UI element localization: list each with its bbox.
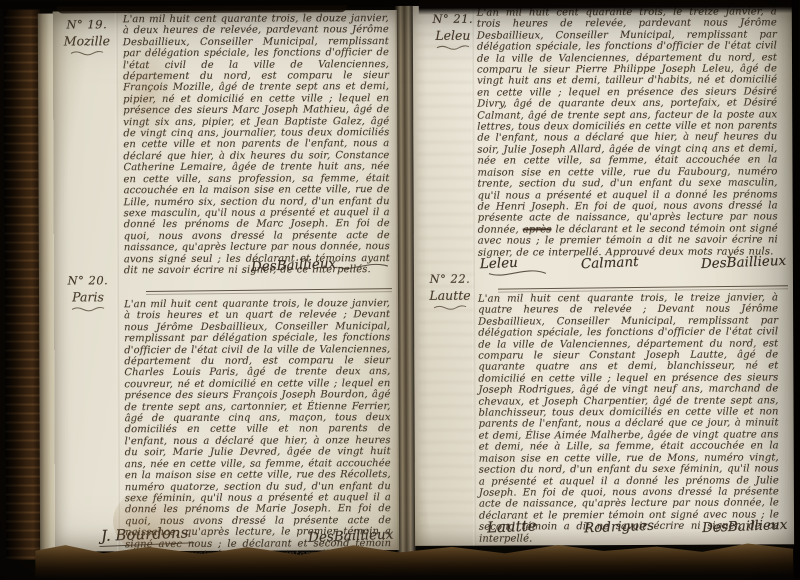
- signature-desbaillieux: DesBaillieux: [701, 517, 787, 536]
- margin-flourish-icon: [71, 305, 105, 313]
- signature-lautte: Lautte: [487, 517, 537, 537]
- book-right-edge: [792, 0, 800, 578]
- entry-20-marginalia: N° 20. Paris: [56, 273, 120, 313]
- signature-rodrigues: Rodrigues: [584, 518, 655, 537]
- entry-body-text: L'an mil huit cent quarante trois, le tr…: [478, 292, 779, 544]
- entry-number: N° 22.: [418, 272, 482, 286]
- book-top-shadow: [57, 5, 347, 13]
- signature-desbaillieux: DesBaillieux: [250, 256, 336, 275]
- right-page: N° 21. Leleu L'an mil huit cent quarante…: [413, 4, 795, 546]
- entry-separator-line: [498, 285, 788, 292]
- entry-margin-name: Lautte: [418, 288, 482, 303]
- signature-flourish-icon: [488, 265, 548, 279]
- entry-19-marginalia: N° 19. Mozille: [55, 17, 119, 57]
- entry-body-text: L'an mil huit cent quarante trois, le do…: [124, 298, 391, 562]
- register-book: N° 19. Mozille L'an mil huit cent quaran…: [0, 0, 800, 580]
- left-page: N° 19. Mozille L'an mil huit cent quaran…: [53, 10, 399, 551]
- entry-20-signature-row: J. Bourdons DesBaillieux: [99, 524, 393, 545]
- signature-bourdons: J. Bourdons: [99, 523, 195, 547]
- signature-desbaillieux: DesBaillieux: [308, 527, 394, 546]
- entry-21-signature-row: Leleu Calmant DesBaillieux: [480, 254, 786, 271]
- crossed-out-word: après: [523, 224, 552, 235]
- entry-body-text: L'an mil huit cent quarante trois, le tr…: [477, 6, 778, 258]
- margin-flourish-icon: [436, 44, 470, 52]
- margin-flourish-icon: [433, 304, 467, 312]
- entry-margin-name: Mozille: [55, 33, 119, 48]
- signature-flourish-icon: [338, 259, 390, 273]
- entry-number: N° 20.: [56, 273, 120, 287]
- signature-desbaillieux: DesBaillieux: [700, 253, 786, 272]
- entry-margin-name: Leleu: [421, 28, 485, 43]
- body-text-before-correction: L'an mil huit cent quarante trois, le tr…: [477, 6, 778, 235]
- entry-separator-line: [146, 288, 392, 295]
- margin-flourish-icon: [70, 49, 104, 57]
- book-cover-spine-edge: [4, 10, 42, 560]
- entry-number: N° 19.: [55, 17, 119, 31]
- entry-22-signature-row: Lautte Rodrigues DesBaillieux: [487, 516, 787, 535]
- entry-body-text: L'an mil huit cent quarante trois, le do…: [123, 13, 390, 277]
- entry-margin-name: Paris: [56, 289, 120, 304]
- entry-19-signature-row: DesBaillieux: [194, 257, 390, 274]
- signature-calmant: Calmant: [580, 254, 638, 272]
- photo-backdrop: N° 19. Mozille L'an mil huit cent quaran…: [0, 0, 800, 580]
- book-top-shadow: [419, 0, 793, 15]
- entry-22-marginalia: N° 22. Lautte: [418, 272, 482, 312]
- entry-21-marginalia: N° 21. Leleu: [421, 12, 485, 52]
